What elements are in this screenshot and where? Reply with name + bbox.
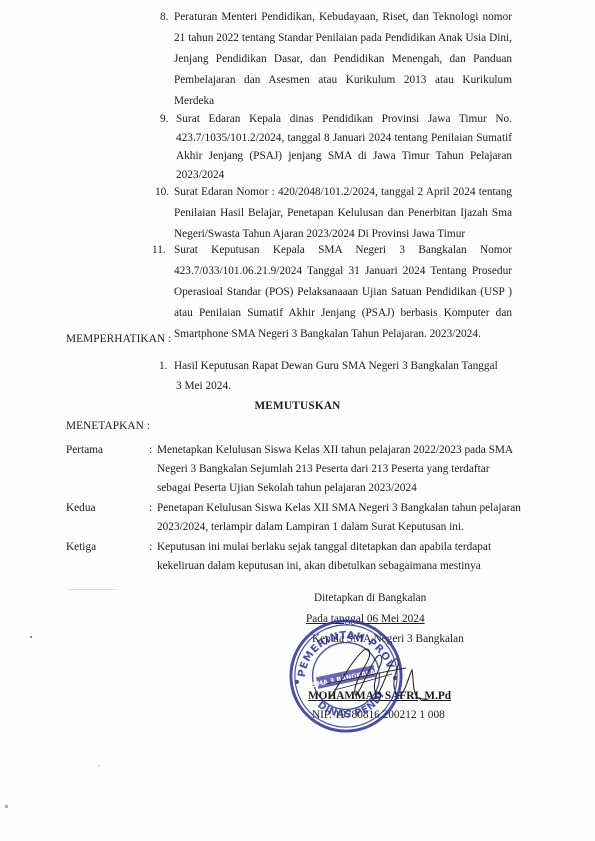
reference-item-9: 9. Surat Edaran Kepala dinas Pendidikan … bbox=[160, 110, 512, 184]
reference-item-10: 10. Surat Edaran Nomor : 420/2048/101.2/… bbox=[155, 182, 512, 245]
decision-row-kedua: Kedua : Penetapan Kelulusan Siswa Kelas … bbox=[66, 499, 536, 537]
decision-colon: : bbox=[149, 538, 152, 557]
reference-number: 9. bbox=[160, 110, 168, 129]
decision-line: Negeri 3 Bangkalan Sejumlah 213 Peserta … bbox=[157, 460, 536, 479]
decision-line: kekeliruan dalam keputusan ini, akan dib… bbox=[157, 557, 536, 576]
scan-artifact bbox=[5, 805, 8, 808]
reference-text: Surat Edaran Kepala dinas Pendidikan Pro… bbox=[160, 110, 512, 184]
reference-number: 10. bbox=[155, 182, 169, 203]
decision-key: Pertama bbox=[66, 441, 103, 460]
decision-heading: MEMUTUSKAN bbox=[0, 400, 595, 412]
reference-item-11: 11. Surat Keputusan Kepala SMA Negeri 3 … bbox=[152, 240, 512, 345]
considering-number: 1. bbox=[159, 356, 167, 376]
reference-number: 8. bbox=[160, 7, 168, 28]
decision-line: Menetapkan Kelulusan Siswa Kelas XII tah… bbox=[157, 441, 536, 460]
scan-artifact bbox=[30, 636, 32, 638]
decision-key: Ketiga bbox=[66, 538, 96, 557]
considering-text-line2: 3 Mei 2024. bbox=[159, 376, 519, 396]
reference-text: Peraturan Menteri Pendidikan, Kebudayaan… bbox=[160, 7, 512, 112]
scan-artifact bbox=[68, 589, 118, 590]
decision-line: Penetapan Kelulusan Siswa Kelas XII SMA … bbox=[157, 499, 536, 518]
decision-row-pertama: Pertama : Menetapkan Kelulusan Siswa Kel… bbox=[66, 441, 536, 498]
considering-text-line1: Hasil Keputusan Rapat Dewan Guru SMA Neg… bbox=[159, 356, 519, 376]
considering-item-1: 1. Hasil Keputusan Rapat Dewan Guru SMA … bbox=[159, 356, 519, 396]
considering-label: MEMPERHATIKAN : bbox=[66, 333, 171, 345]
reference-text: Surat Edaran Nomor : 420/2048/101.2/2024… bbox=[155, 182, 512, 245]
establishing-label: MENETAPKAN : bbox=[66, 420, 150, 432]
scan-artifact bbox=[98, 765, 100, 767]
decision-line: sebagai Peserta Ujian Sekolah tahun pela… bbox=[157, 479, 536, 498]
decision-line: Keputusan ini mulai berlaku sejak tangga… bbox=[157, 538, 536, 557]
decision-colon: : bbox=[149, 499, 152, 518]
signature-place: Ditetapkan di Bangkalan bbox=[314, 588, 426, 608]
signature-icon bbox=[322, 640, 432, 710]
reference-text: Surat Keputusan Kepala SMA Negeri 3 Bang… bbox=[152, 240, 512, 345]
reference-number: 11. bbox=[152, 240, 166, 261]
decision-key: Kedua bbox=[66, 499, 95, 518]
reference-item-8: 8. Peraturan Menteri Pendidikan, Kebuday… bbox=[160, 7, 512, 112]
decision-line: 2023/2024, terlampir dalam Lampiran 1 da… bbox=[157, 518, 536, 537]
decision-colon: : bbox=[149, 441, 152, 460]
decision-row-ketiga: Ketiga : Keputusan ini mulai berlaku sej… bbox=[66, 538, 536, 576]
document-page: 8. Peraturan Menteri Pendidikan, Kebuday… bbox=[0, 0, 595, 841]
